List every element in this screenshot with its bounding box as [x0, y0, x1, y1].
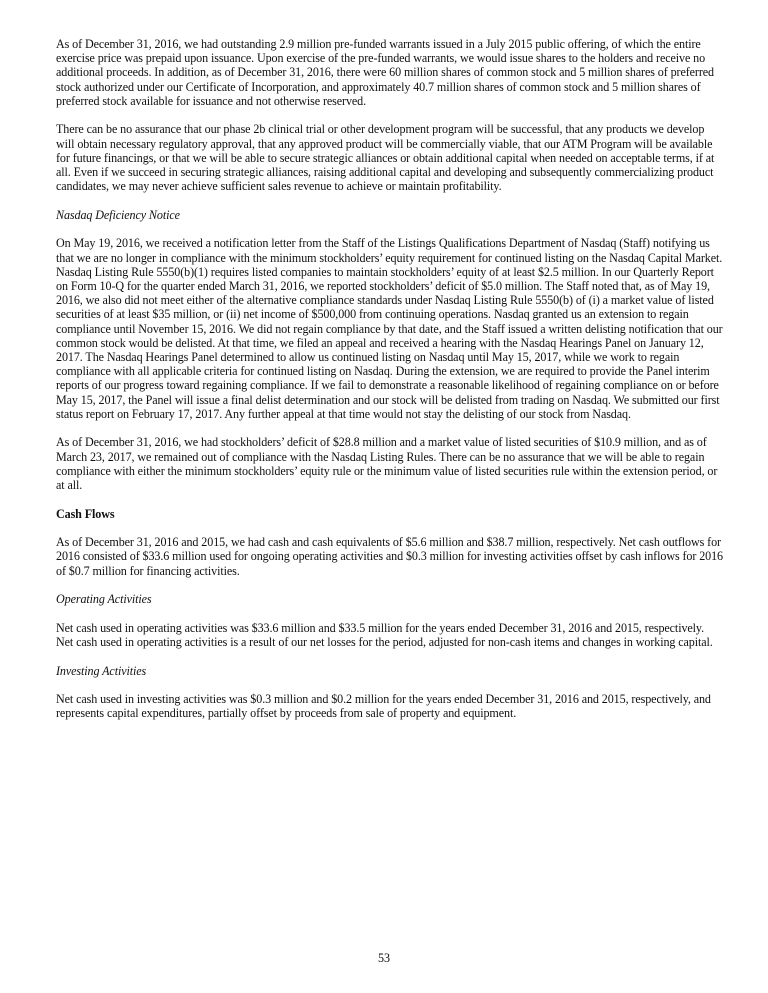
document-page: As of December 31, 2016, we had outstand…	[56, 37, 724, 735]
heading-cash-flows: Cash Flows	[56, 507, 724, 521]
heading-nasdaq-deficiency-notice: Nasdaq Deficiency Notice	[56, 208, 724, 222]
paragraph-investing-activities: Net cash used in investing activities wa…	[56, 692, 724, 720]
paragraph-assurance: There can be no assurance that our phase…	[56, 122, 724, 193]
heading-operating-activities: Operating Activities	[56, 592, 724, 606]
paragraph-stockholders-deficit: As of December 31, 2016, we had stockhol…	[56, 435, 724, 492]
paragraph-operating-activities: Net cash used in operating activities wa…	[56, 621, 724, 649]
page-number: 53	[0, 951, 768, 966]
heading-investing-activities: Investing Activities	[56, 664, 724, 678]
paragraph-nasdaq-notification: On May 19, 2016, we received a notificat…	[56, 236, 724, 421]
paragraph-cash-flows: As of December 31, 2016 and 2015, we had…	[56, 535, 724, 578]
paragraph-warrants: As of December 31, 2016, we had outstand…	[56, 37, 724, 108]
